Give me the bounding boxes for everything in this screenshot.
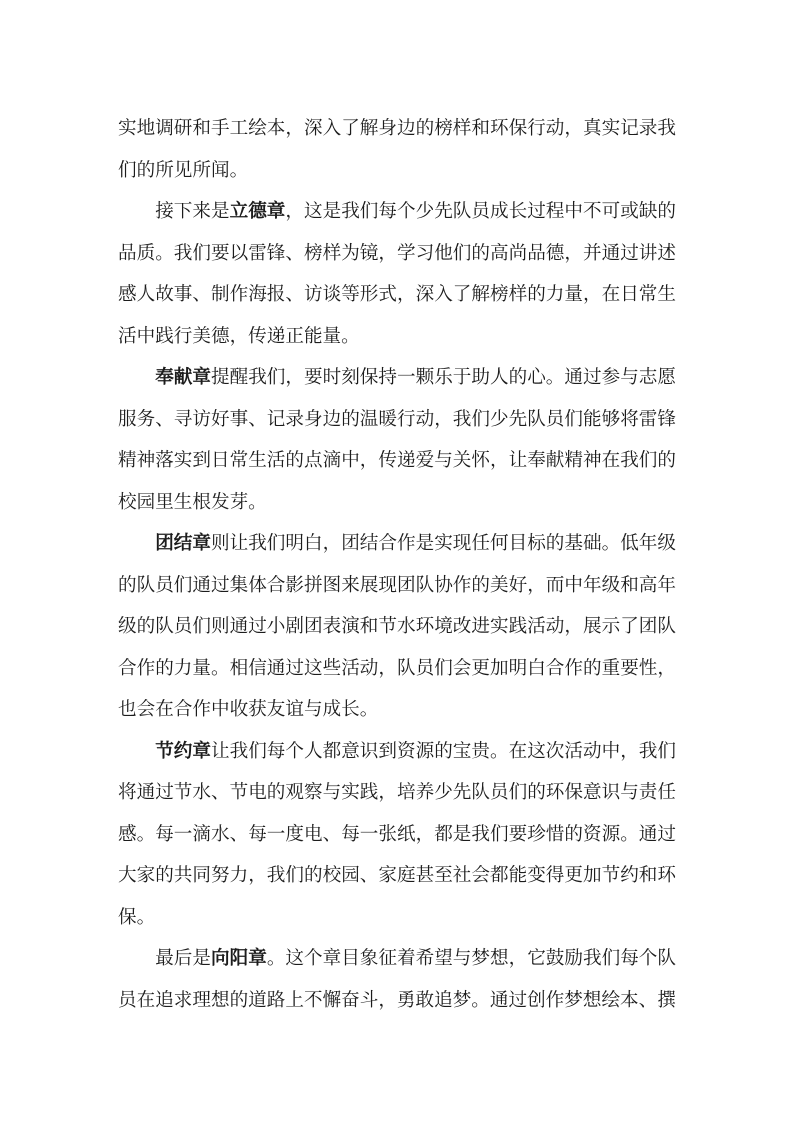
paragraph: 奉献章提醒我们，要时刻保持一颗乐于助人的心。通过参与志愿服务、寻访好事、记录身边… (118, 356, 676, 522)
paragraph: 团结章则让我们明白，团结合作是实现任何目标的基础。低年级的队员们通过集体合影拼图… (118, 522, 676, 730)
badge-name-bold: 立德章 (230, 200, 286, 221)
text-run: 则让我们明白，团结合作是实现任何目标的基础。低年级的队员们通过集体合影拼图来展现… (118, 532, 676, 719)
text-run: 提醒我们，要时刻保持一颗乐于助人的心。通过参与志愿服务、寻访好事、记录身边的温暖… (118, 366, 676, 512)
text-run: 实地调研和手工绘本，深入了解身边的榜样和环保行动，真实记录我们的所见所闻。 (118, 117, 676, 180)
paragraph: 最后是向阳章。这个章目象征着希望与梦想，它鼓励我们每个队员在追求理想的道路上不懈… (118, 937, 676, 1020)
document-page: 实地调研和手工绘本，深入了解身边的榜样和环保行动，真实记录我们的所见所闻。接下来… (0, 0, 793, 1122)
paragraph: 节约章让我们每个人都意识到资源的宝贵。在这次活动中，我们将通过节水、节电的观察与… (118, 730, 676, 938)
badge-name-bold: 向阳章 (211, 947, 267, 968)
paragraph: 接下来是立德章，这是我们每个少先队员成长过程中不可或缺的品质。我们要以雷锋、榜样… (118, 190, 676, 356)
text-run: 最后是 (155, 947, 211, 968)
text-run: 接下来是 (155, 200, 229, 221)
badge-name-bold: 团结章 (155, 532, 211, 553)
paragraph: 实地调研和手工绘本，深入了解身边的榜样和环保行动，真实记录我们的所见所闻。 (118, 107, 676, 190)
text-run: ，这是我们每个少先队员成长过程中不可或缺的品质。我们要以雷锋、榜样为镜，学习他们… (118, 200, 676, 346)
badge-name-bold: 奉献章 (155, 366, 211, 387)
badge-name-bold: 节约章 (155, 740, 211, 761)
text-run: 让我们每个人都意识到资源的宝贵。在这次活动中，我们将通过节水、节电的观察与实践，… (118, 740, 676, 927)
